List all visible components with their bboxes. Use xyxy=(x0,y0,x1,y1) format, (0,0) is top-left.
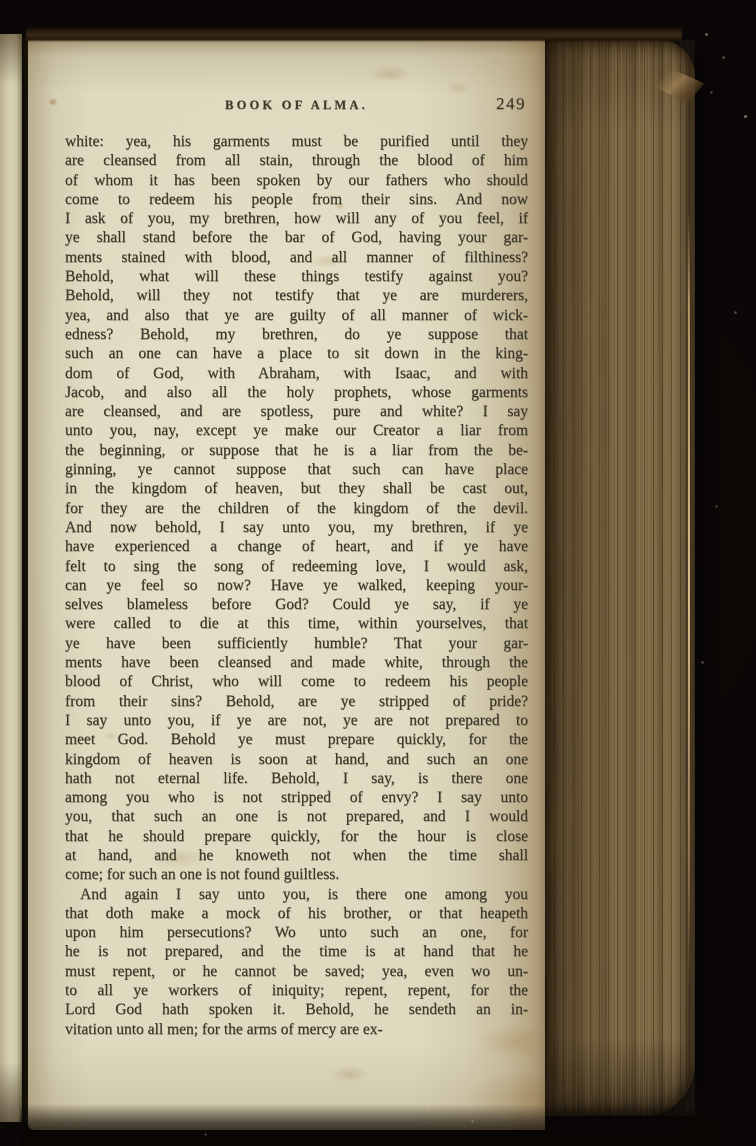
text-line: selves blameless before God? Could ye sa… xyxy=(65,595,528,614)
text-line: to all ye workers of iniquity; repent, r… xyxy=(65,981,528,1000)
text-line: ye have been sufficiently humble? That y… xyxy=(65,634,528,653)
text-block: white: yea, his garments must be purifie… xyxy=(65,132,528,1039)
text-line: that he should prepare quickly, for the … xyxy=(65,827,528,846)
text-line: must repent, or he cannot be saved; yea,… xyxy=(65,962,528,981)
text-line: upon him persecutions? Wo unto such an o… xyxy=(65,923,528,942)
text-line: I ask of you, my brethren, how will any … xyxy=(65,209,528,228)
text-line: such an one can have a place to sit down… xyxy=(65,344,528,363)
text-line: blood of Christ, who will come to redeem… xyxy=(65,672,528,691)
text-line: edness? Behold, my brethren, do ye suppo… xyxy=(65,325,528,344)
facing-page-edge xyxy=(0,34,22,1122)
text-line: unto you, nay, except ye make our Creato… xyxy=(65,421,528,440)
dust-specks xyxy=(0,0,1,1)
text-line: dom of God, with Abraham, with Isaac, an… xyxy=(65,364,528,383)
text-line: yea, and also that ye are guilty of all … xyxy=(65,306,528,325)
book-top-edge xyxy=(26,26,682,42)
text-line: ments have been cleansed and made white,… xyxy=(65,653,528,672)
text-line: Behold, what will these things testify a… xyxy=(65,267,528,286)
text-line: vitation unto all men; for the arms of m… xyxy=(65,1020,528,1039)
text-line: at hand, and he knoweth not when the tim… xyxy=(65,846,528,865)
text-line: white: yea, his garments must be purifie… xyxy=(65,132,528,151)
page-fore-edge xyxy=(545,40,695,1116)
text-line: ye shall stand before the bar of God, ha… xyxy=(65,228,528,247)
running-header: BOOK OF ALMA. 249 xyxy=(65,98,528,120)
text-line: come; for such an one is not found guilt… xyxy=(65,865,528,884)
cover-edge-highlight xyxy=(688,210,690,990)
text-line: are cleansed, and are spotless, pure and… xyxy=(65,402,528,421)
page-number: 249 xyxy=(496,94,526,114)
text-line: Jacob, and also all the holy prophets, w… xyxy=(65,383,528,402)
text-line: among you who is not stripped of envy? I… xyxy=(65,788,528,807)
text-line: in the kingdom of heaven, but they shall… xyxy=(65,479,528,498)
text-line: come to redeem his people from their sin… xyxy=(65,190,528,209)
text-line: hath not eternal life. Behold, I say, is… xyxy=(65,769,528,788)
text-line: And again I say unto you, is there one a… xyxy=(65,885,528,904)
text-line: can ye feel so now? Have ye walked, keep… xyxy=(65,576,528,595)
text-line: And now behold, I say unto you, my breth… xyxy=(65,518,528,537)
text-line: you, that such an one is not prepared, a… xyxy=(65,807,528,826)
text-line: have experienced a change of heart, and … xyxy=(65,537,528,556)
text-line: were called to die at this time, within … xyxy=(65,614,528,633)
bottom-shadow xyxy=(20,1104,720,1146)
text-line: the beginning, or suppose that he is a l… xyxy=(65,441,528,460)
text-line: I say unto you, if ye are not, ye are no… xyxy=(65,711,528,730)
page-title: BOOK OF ALMA. xyxy=(65,98,528,113)
text-line: for they are the children of the kingdom… xyxy=(65,499,528,518)
text-line: of whom it has been spoken by our father… xyxy=(65,171,528,190)
text-line: from their sins? Behold, are ye stripped… xyxy=(65,692,528,711)
book-photo: BOOK OF ALMA. 249 white: yea, his garmen… xyxy=(0,0,756,1146)
text-line: kingdom of heaven is soon at hand, and s… xyxy=(65,750,528,769)
text-line: are cleansed from all stain, through the… xyxy=(65,151,528,170)
text-line: Lord God hath spoken it. Behold, he send… xyxy=(65,1000,528,1019)
text-line: felt to sing the song of redeeming love,… xyxy=(65,557,528,576)
text-line: Behold, will they not testify that ye ar… xyxy=(65,286,528,305)
text-line: ginning, ye cannot suppose that such can… xyxy=(65,460,528,479)
text-line: meet God. Behold ye must prepare quickly… xyxy=(65,730,528,749)
text-line: he is not prepared, and the time is at h… xyxy=(65,942,528,961)
text-line: that doth make a mock of his brother, or… xyxy=(65,904,528,923)
text-line: ments stained with blood, and all manner… xyxy=(65,248,528,267)
